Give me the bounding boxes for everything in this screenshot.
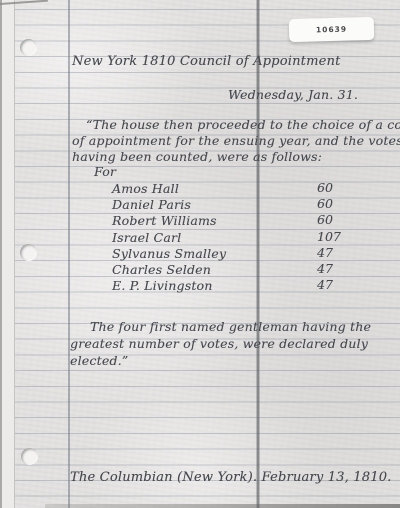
for-heading: For <box>94 164 116 179</box>
vote-count: 107 <box>317 229 341 245</box>
paragraph-result-line-3: elected.” <box>70 353 371 370</box>
candidate-name: E. P. Livingston <box>112 278 213 293</box>
paragraph-intro: “The house then proceeded to the choice … <box>72 117 400 165</box>
paragraph-intro-line-2: of appointment for the ensuing year, and… <box>72 133 400 149</box>
scan-edge-shadow <box>0 0 2 508</box>
vote-count: 47 <box>317 261 333 277</box>
page-left-edge <box>0 0 15 508</box>
paragraph-result: The four first named gentleman having th… <box>70 319 371 369</box>
vote-count: 60 <box>317 196 333 212</box>
vote-row: Robert Williams 60 <box>112 212 357 228</box>
punch-hole-bottom <box>21 448 38 465</box>
paragraph-result-line-2: greatest number of votes, were declared … <box>70 336 371 353</box>
date-line: Wednesday, Jan. 31. <box>228 87 358 102</box>
vote-row: Amos Hall 60 <box>112 180 357 196</box>
page-bottom-edge-shadow <box>45 504 400 508</box>
vote-count: 47 <box>317 245 333 261</box>
catalog-number: 10639 <box>316 25 347 35</box>
vote-row: Sylvanus Smalley 47 <box>112 245 357 261</box>
document-title: New York 1810 Council of Appointment <box>72 54 341 69</box>
vote-row: E. P. Livingston 47 <box>112 277 357 293</box>
source-citation: The Columbian (New York). February 13, 1… <box>70 470 392 485</box>
scanned-notebook-page: 10639 New York 1810 Council of Appointme… <box>0 0 400 508</box>
vote-row: Daniel Paris 60 <box>112 196 357 212</box>
notebook-margin-line <box>68 0 70 508</box>
candidate-name: Sylvanus Smalley <box>112 246 226 261</box>
vote-count: 60 <box>317 212 333 228</box>
paragraph-result-line-1: The four first named gentleman having th… <box>70 319 371 336</box>
candidate-name: Israel Carl <box>112 230 181 245</box>
vote-tally-list: Amos Hall 60 Daniel Paris 60 Robert Will… <box>112 180 357 293</box>
paragraph-intro-line-3: having been counted, were as follows: <box>72 149 400 165</box>
vote-row: Israel Carl 107 <box>112 229 357 245</box>
vote-count: 60 <box>317 180 333 196</box>
punch-hole-top <box>20 39 37 56</box>
candidate-name: Amos Hall <box>112 181 179 196</box>
vote-count: 47 <box>317 277 333 293</box>
candidate-name: Daniel Paris <box>112 197 191 212</box>
catalog-number-sticker: 10639 <box>289 17 375 42</box>
candidate-name: Robert Williams <box>112 213 217 228</box>
vote-row: Charles Selden 47 <box>112 261 357 277</box>
paragraph-intro-line-1: “The house then proceeded to the choice … <box>72 117 400 133</box>
candidate-name: Charles Selden <box>112 262 211 277</box>
punch-hole-middle <box>20 244 37 261</box>
